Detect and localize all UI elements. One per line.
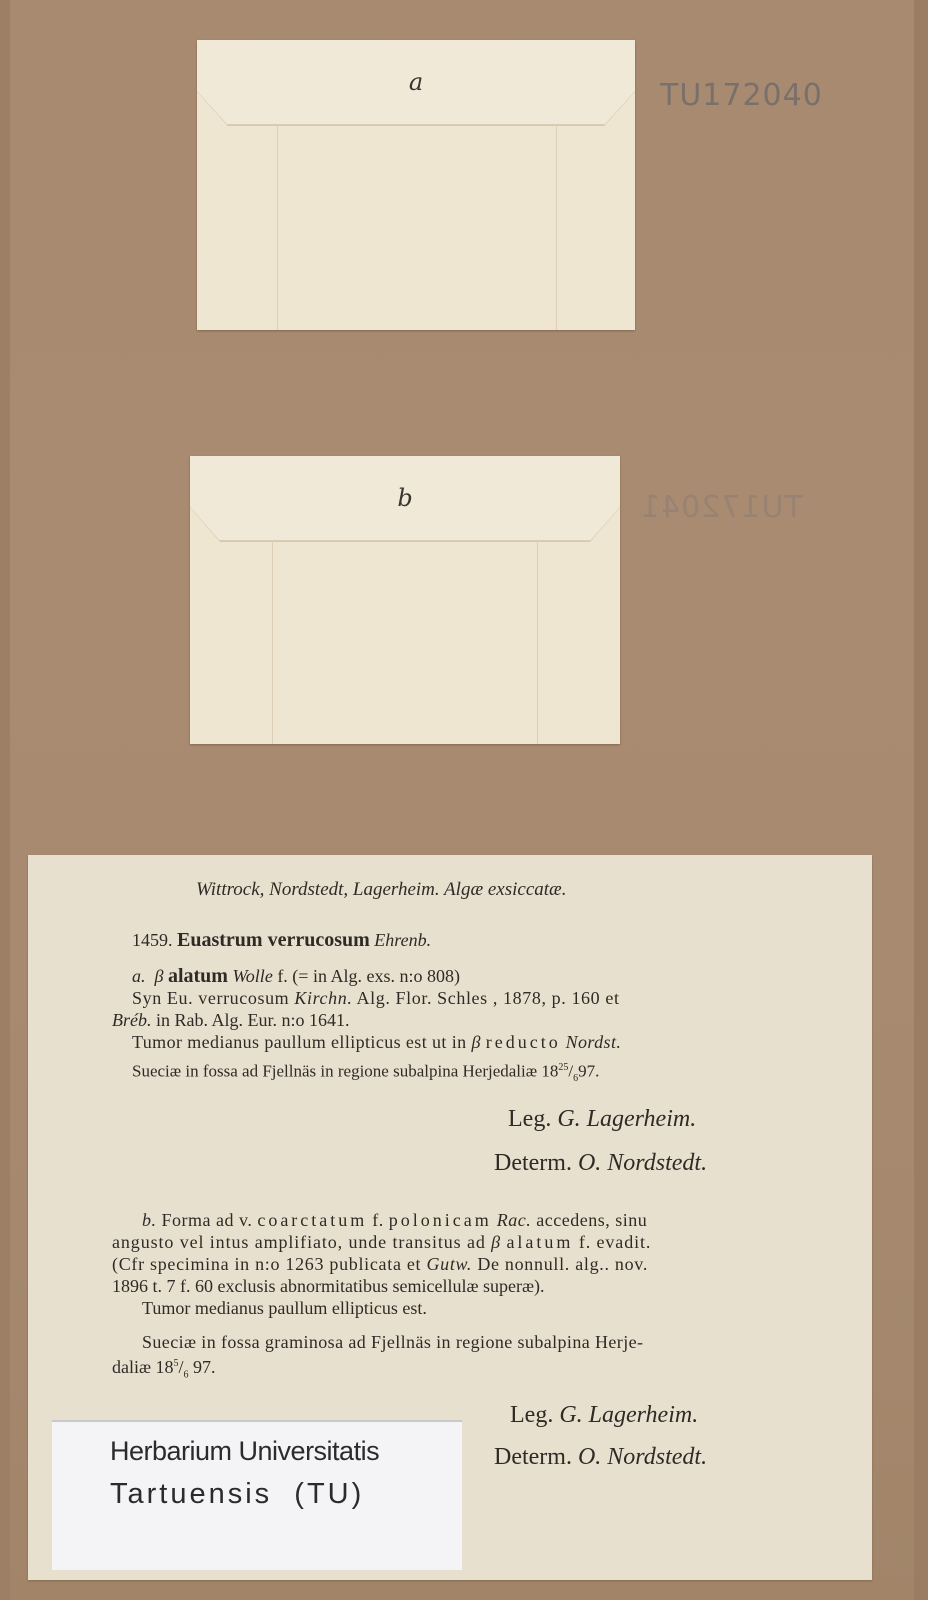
accession-number-offset: TU172041 bbox=[640, 490, 803, 525]
locality-text: Sueciæ in fossa ad Fjellnäs in regione s… bbox=[132, 1062, 558, 1081]
variety-coarctatum: coarctatum bbox=[257, 1210, 367, 1230]
sheet-edge-left bbox=[0, 0, 10, 1600]
determiner-name: O. Nordstedt. bbox=[578, 1150, 707, 1176]
part-b-text: Forma ad v. bbox=[162, 1210, 253, 1230]
envelope-a[interactable]: a bbox=[197, 40, 635, 330]
collector-name: G. Lagerheim. bbox=[559, 1402, 698, 1428]
beta-symbol: β bbox=[155, 966, 164, 986]
part-b-line-4: 1896 t. 7 f. 60 exclusis abnormitatibus … bbox=[112, 1275, 544, 1297]
part-a-heading: a. β alatum Wolle f. (= in Alg. exs. n:o… bbox=[132, 965, 460, 987]
part-b-text: f. bbox=[372, 1210, 384, 1230]
variety-alatum: alatum bbox=[506, 1232, 573, 1252]
part-a-marker: a. bbox=[132, 966, 146, 986]
leg-label: Leg. bbox=[508, 1106, 551, 1132]
tumor-text: Tumor medianus paullum ellipticus est ut… bbox=[132, 1032, 467, 1052]
beta-symbol: β bbox=[471, 1032, 480, 1052]
leg-label: Leg. bbox=[510, 1402, 553, 1428]
part-b-locality-1: Sueciæ in fossa graminosa ad Fjellnäs in… bbox=[142, 1331, 643, 1353]
locality-text: Sueciæ in fossa graminosa ad Fjellnäs in… bbox=[142, 1332, 643, 1352]
accession-number: TU172040 bbox=[660, 78, 823, 113]
envelope-fold-left bbox=[272, 540, 273, 744]
label-header: Wittrock, Nordstedt, Lagerheim. Algæ exs… bbox=[196, 879, 566, 901]
herbarium-stamp: Herbarium Universitatis Tartuensis (TU) bbox=[52, 1420, 462, 1570]
envelope-letter: a bbox=[409, 68, 423, 96]
forma-polonicam: polonicam bbox=[389, 1210, 492, 1230]
determ-label: Determ. bbox=[494, 1444, 572, 1470]
author-gutw: Gutw. bbox=[426, 1254, 472, 1274]
synonym-author: Kirchn. bbox=[294, 988, 352, 1008]
part-a-locality: Sueciæ in fossa ad Fjellnäs in regione s… bbox=[132, 1057, 599, 1090]
part-a-leg: Leg. G. Lagerheim. bbox=[508, 1105, 696, 1133]
date-year: 97. bbox=[193, 1357, 216, 1377]
part-b-marker: b. bbox=[142, 1210, 157, 1230]
part-b-line-2: angusto vel intus amplifiato, unde trans… bbox=[112, 1231, 651, 1253]
envelope-letter: b bbox=[397, 484, 412, 512]
variety-rest: f. (= in Alg. exs. n:o 808) bbox=[277, 966, 460, 986]
synonym-line-2: Bréb. in Rab. Alg. Eur. n:o 1641. bbox=[112, 1009, 350, 1031]
part-b-leg: Leg. G. Lagerheim. bbox=[510, 1401, 698, 1429]
part-b-text: De nonnull. alg.. nov. bbox=[477, 1254, 648, 1274]
synonym-line-1: Syn Eu. verrucosum Kirchn. Alg. Flor. Sc… bbox=[132, 987, 620, 1009]
sheet-edge-right bbox=[914, 0, 928, 1600]
envelope-fold-right bbox=[537, 540, 538, 744]
herbarium-name-line1: Herbarium Universitatis bbox=[110, 1436, 379, 1467]
date-day: 25 bbox=[558, 1062, 568, 1073]
exsiccata-number: 1459. bbox=[132, 930, 173, 950]
synonym-citation-2: in Rab. Alg. Eur. n:o 1641. bbox=[156, 1010, 350, 1030]
synonym-citation: Alg. Flor. Schles , 1878, p. 160 et bbox=[357, 988, 620, 1008]
part-a-tumor: Tumor medianus paullum ellipticus est ut… bbox=[132, 1031, 621, 1053]
variety-name: alatum bbox=[168, 965, 228, 987]
part-b-locality-2: daliæ 185/6 97. bbox=[112, 1353, 216, 1387]
envelope-b[interactable]: b bbox=[190, 456, 620, 744]
part-b-determ: Determ. O. Nordstedt. bbox=[494, 1443, 707, 1471]
part-b-text: f. evadit. bbox=[579, 1232, 651, 1252]
date-month: 6 bbox=[184, 1370, 189, 1381]
part-b-text: (Cfr specimina in n:o 1263 publicata et bbox=[112, 1254, 421, 1274]
variety-author: Wolle bbox=[232, 966, 272, 986]
part-b-text: accedens, sinu bbox=[536, 1210, 647, 1230]
species-title: 1459. Euastrum verrucosum Ehrenb. bbox=[132, 929, 431, 951]
determiner-name: O. Nordstedt. bbox=[578, 1444, 707, 1470]
species-name: Euastrum verrucosum bbox=[177, 929, 370, 951]
tumor-author: Nordst. bbox=[566, 1032, 622, 1052]
part-b-line-1: b. Forma ad v. coarctatum f. polonicam R… bbox=[142, 1209, 647, 1231]
envelope-fold-right bbox=[556, 124, 557, 330]
tumor-variety: reducto bbox=[486, 1032, 561, 1052]
determ-label: Determ. bbox=[494, 1150, 572, 1176]
part-a-determ: Determ. O. Nordstedt. bbox=[494, 1149, 707, 1177]
tumor-text: Tumor medianus paullum ellipticus est. bbox=[142, 1298, 427, 1318]
part-b-text: 1896 t. 7 f. 60 exclusis abnormitatibus … bbox=[112, 1276, 544, 1296]
collector-name: G. Lagerheim. bbox=[557, 1106, 696, 1132]
beta-symbol: β bbox=[491, 1232, 501, 1252]
herbarium-name-line2: Tartuensis (TU) bbox=[110, 1478, 364, 1511]
part-b-text: angusto vel intus amplifiato, unde trans… bbox=[112, 1232, 486, 1252]
author-rac: Rac. bbox=[497, 1210, 531, 1230]
part-b-tumor: Tumor medianus paullum ellipticus est. bbox=[142, 1297, 427, 1319]
species-author: Ehrenb. bbox=[374, 930, 431, 950]
date-year: 97. bbox=[578, 1062, 599, 1081]
synonym-author-2: Bréb. bbox=[112, 1010, 152, 1030]
envelope-fold-left bbox=[277, 124, 278, 330]
locality-text: daliæ 18 bbox=[112, 1357, 174, 1377]
synonym-text: Syn Eu. verrucosum bbox=[132, 988, 289, 1008]
part-b-line-3: (Cfr specimina in n:o 1263 publicata et … bbox=[112, 1253, 648, 1275]
